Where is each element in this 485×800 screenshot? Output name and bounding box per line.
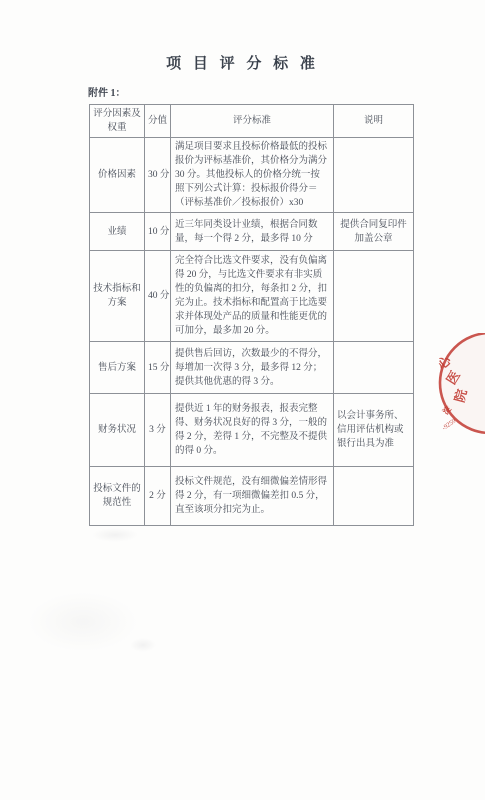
cell-factor: 财务状况 [90,394,145,467]
stamp-circle [440,333,485,433]
cell-note: 以会计事务所、信用评估机构或银行出具为准 [334,394,414,467]
cell-score: 15 分 [145,342,171,394]
scanned-document-page: 项 目 评 分 标 准 附件 1： 评分因素及权重 分值 评分标准 说明 价格因… [0,0,485,800]
stamp-code: -9259 [441,418,457,432]
cell-criteria: 满足项目要求且投标价格最低的投标报价为评标基准价，其价格分为满分 30 分。其他… [171,138,334,213]
cell-factor: 价格因素 [90,138,145,213]
page-title: 项 目 评 分 标 准 [0,52,485,73]
header-note: 说明 [334,105,414,138]
header-criteria: 评分标准 [171,105,334,138]
attachment-label: 附件 1： [88,84,126,99]
table-row-aftersales: 售后方案 15 分 提供售后回访，次数最少的不得分，每增加一次得 3 分，最多得… [90,342,414,394]
table-row-price: 价格因素 30 分 满足项目要求且投标价格最低的投标报价为评标基准价，其价格分为… [90,138,414,213]
cell-note: 提供合同复印件加盖公章 [334,213,414,251]
header-score: 分值 [145,105,171,138]
stamp-char-3: 院 [452,388,470,404]
cell-note [334,251,414,342]
cell-criteria: 投标文件规范，没有细微偏差情形得得 2 分，有一项细微偏差扣 0.5 分，直至该… [171,467,334,526]
stamp-char-2: 医 [443,368,463,387]
cell-score: 3 分 [145,394,171,467]
scoring-table: 评分因素及权重 分值 评分标准 说明 价格因素 30 分 满足项目要求且投标价格… [89,104,414,526]
stamp-small-text: 淀 [440,404,453,417]
table-header-row: 评分因素及权重 分值 评分标准 说明 [90,105,414,138]
table-row-financial: 财务状况 3 分 提供近 1 年的财务报表，报表完整得、财务状况良好的得 3 分… [90,394,414,467]
cell-factor: 业绩 [90,213,145,251]
cell-note [334,467,414,526]
cell-criteria: 提供售后回访，次数最少的不得分，每增加一次得 3 分，最多得 12 分；提供其他… [171,342,334,394]
scan-smudge [28,592,138,652]
table-row-document-compliance: 投标文件的规范性 2 分 投标文件规范，没有细微偏差情形得得 2 分，有一项细微… [90,467,414,526]
table-row-performance: 业绩 10 分 近三年同类设计业绩，根据合同数量，每一个得 2 分，最多得 10… [90,213,414,251]
stamp-char-1: 心 [434,352,454,372]
table-row-technical: 技术指标和方案 40 分 完全符合比选文件要求，没有负偏离得 20 分，与比选文… [90,251,414,342]
cell-score: 40 分 [145,251,171,342]
cell-score: 2 分 [145,467,171,526]
scan-smudge [130,638,156,652]
cell-factor: 投标文件的规范性 [90,467,145,526]
header-factor: 评分因素及权重 [90,105,145,138]
cell-criteria: 近三年同类设计业绩，根据合同数量，每一个得 2 分，最多得 10 分 [171,213,334,251]
cell-factor: 技术指标和方案 [90,251,145,342]
scan-smudge [92,528,138,542]
cell-score: 30 分 [145,138,171,213]
cell-note [334,138,414,213]
cell-criteria: 完全符合比选文件要求，没有负偏离得 20 分，与比选文件要求有非实质性的负偏离的… [171,251,334,342]
cell-criteria: 提供近 1 年的财务报表，报表完整得、财务状况良好的得 3 分，一般的得 2 分… [171,394,334,467]
cell-score: 10 分 [145,213,171,251]
cell-factor: 售后方案 [90,342,145,394]
cell-note [334,342,414,394]
